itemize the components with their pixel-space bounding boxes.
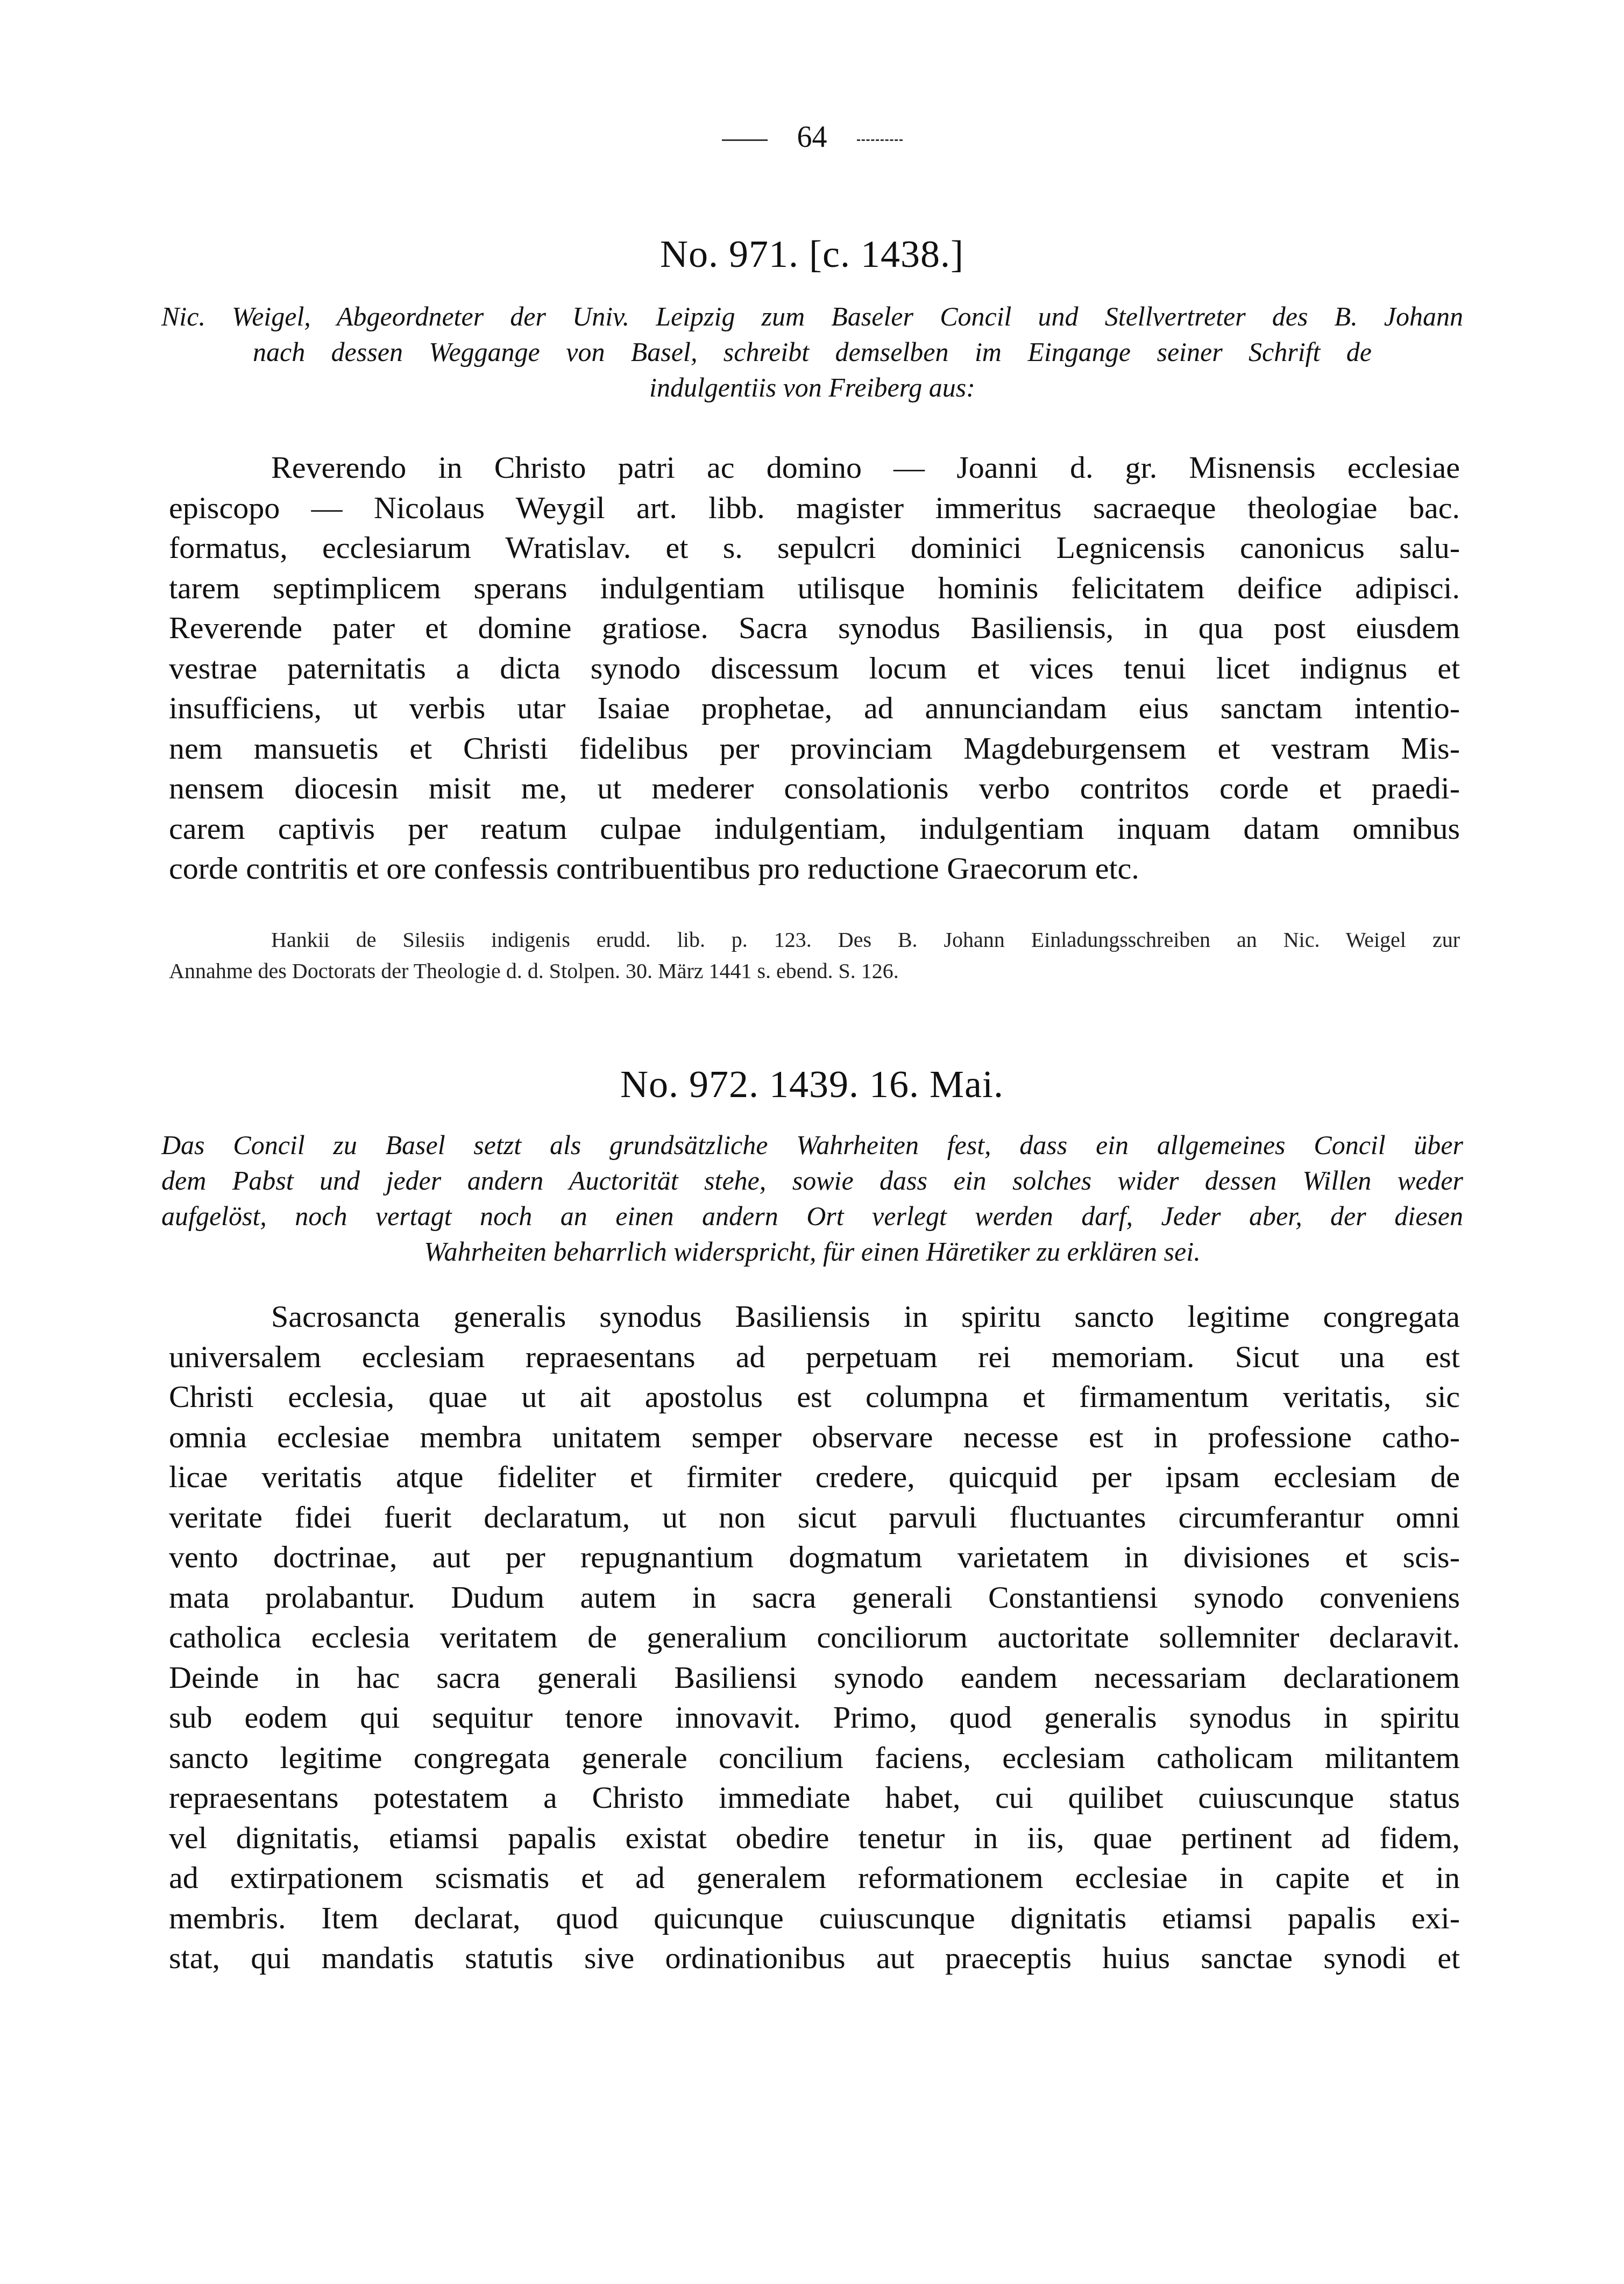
body-line: episcopo — Nicolaus Weygil art. libb. ma… (169, 488, 1460, 528)
body-line: licae veritatis atque fideliter et firmi… (169, 1457, 1460, 1497)
body-line: vel dignitatis, etiamsi papalis existat … (169, 1818, 1460, 1858)
source-line: Hankii de Silesiis indigenis erudd. lib.… (169, 924, 1460, 956)
body-line: tarem septimplicem sperans indulgentiam … (169, 568, 1460, 609)
body-line: carem captivis per reatum culpae indulge… (169, 809, 1460, 849)
source-citation-971: Hankii de Silesiis indigenis erudd. lib.… (169, 924, 1460, 987)
body-line: stat, qui mandatis statutis sive ordinat… (169, 1938, 1460, 1978)
summary-line: dem Pabst und jeder andern Auctorität st… (161, 1163, 1463, 1198)
document-heading-972: No. 972. 1439. 16. Mai. (0, 1063, 1624, 1106)
body-line: Christi ecclesia, quae ut ait apostolus … (169, 1377, 1460, 1417)
body-line: vento doctrinae, aut per repugnantium do… (169, 1537, 1460, 1578)
body-line: formatus, ecclesiarum Wratislav. et s. s… (169, 528, 1460, 568)
body-line: mata prolabantur. Dudum autem in sacra g… (169, 1578, 1460, 1618)
body-line: nem mansuetis et Christi fidelibus per p… (169, 729, 1460, 769)
body-line: insufficiens, ut verbis utar Isaiae prop… (169, 688, 1460, 729)
header-rule-left (722, 139, 768, 141)
body-line: omnia ecclesiae membra unitatem semper o… (169, 1417, 1460, 1458)
document-page: 64 No. 971. [c. 1438.] Nic. Weigel, Abge… (0, 0, 1624, 2284)
body-line: veritate fidei fuerit declaratum, ut non… (169, 1497, 1460, 1538)
summary-line: Nic. Weigel, Abgeordneter der Univ. Leip… (161, 299, 1463, 334)
body-line: Reverende pater et domine gratiose. Sacr… (169, 608, 1460, 648)
page-number: 64 (797, 121, 827, 154)
source-line: Annahme des Doctorats der Theologie d. d… (169, 956, 1460, 987)
body-line: Deinde in hac sacra generali Basiliensi … (169, 1658, 1460, 1698)
header-rule-right (857, 139, 903, 141)
body-line: ad extirpationem scismatis et ad general… (169, 1858, 1460, 1898)
body-line: corde contritis et ore confessis contrib… (169, 848, 1460, 889)
summary-line: Das Concil zu Basel setzt als grundsätzl… (161, 1127, 1463, 1163)
body-line: repraesentans potestatem a Christo immed… (169, 1778, 1460, 1818)
body-line: Sacrosancta generalis synodus Basiliensi… (169, 1297, 1460, 1337)
body-line: nensem diocesin misit me, ut mederer con… (169, 768, 1460, 809)
body-line: membris. Item declarat, quod quicunque c… (169, 1898, 1460, 1939)
document-summary-972: Das Concil zu Basel setzt als grundsätzl… (161, 1127, 1463, 1269)
summary-line: Wahrheiten beharrlich widerspricht, für … (161, 1234, 1463, 1269)
body-line: catholica ecclesia veritatem de generali… (169, 1617, 1460, 1658)
body-line: Reverendo in Christo patri ac domino — J… (169, 448, 1460, 488)
document-body-971: Reverendo in Christo patri ac domino — J… (169, 448, 1460, 889)
summary-line: aufgelöst, noch vertagt noch an einen an… (161, 1198, 1463, 1234)
summary-line: nach dessen Weggange von Basel, schreibt… (161, 334, 1463, 370)
document-heading-971: No. 971. [c. 1438.] (0, 232, 1624, 275)
body-line: sub eodem qui sequitur tenore innovavit.… (169, 1698, 1460, 1738)
body-line: sancto legitime congregata generale conc… (169, 1738, 1460, 1778)
body-line: universalem ecclesiam repraesentans ad p… (169, 1337, 1460, 1377)
document-summary-971: Nic. Weigel, Abgeordneter der Univ. Leip… (161, 299, 1463, 405)
page-header: 64 (0, 121, 1624, 153)
document-body-972: Sacrosancta generalis synodus Basiliensi… (169, 1297, 1460, 1978)
body-line: vestrae paternitatis a dicta synodo disc… (169, 648, 1460, 689)
summary-line: indulgentiis von Freiberg aus: (161, 370, 1463, 405)
